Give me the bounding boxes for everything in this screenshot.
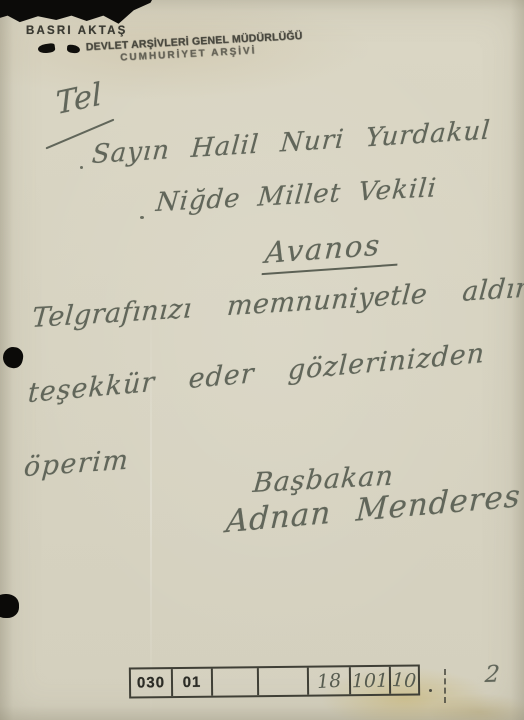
handwritten-body-line1: Telgrafınızı memnuniyetle aldım: [31, 272, 524, 334]
ink-speck: [140, 216, 144, 219]
ref-box-no-value: 18: [316, 669, 342, 692]
page-number: 2: [484, 661, 500, 688]
ref-section-code-value: 01: [183, 674, 202, 691]
paper-crease: [150, 300, 152, 720]
scanned-archive-document: BASRI AKTAŞ DEVLET ARŞİVLERİ GENEL MÜDÜR…: [0, 0, 524, 720]
ink-blot: [37, 43, 55, 54]
ink-blot: [67, 44, 81, 53]
handwritten-salutation: Sayın Halil Nuri Yurdakul: [91, 116, 492, 171]
ref-cell-blank: [213, 668, 259, 695]
ink-speck: [80, 166, 83, 169]
ref-cell-file-no: 101: [351, 667, 391, 694]
handwritten-doc-type: Tel: [55, 76, 103, 122]
punch-hole-mark: [1, 345, 25, 370]
annotator-name-label: BASRI AKTAŞ: [26, 25, 128, 37]
ref-cell-box-no: 18: [309, 667, 351, 694]
ink-speck: [429, 689, 432, 692]
torn-corner-overlay: [0, 0, 152, 27]
ref-cell-fond-code: 030: [131, 669, 173, 696]
punch-hole-mark: [0, 594, 19, 618]
ref-item-no-value: 10: [392, 668, 417, 691]
ref-file-no-value: 101: [352, 669, 388, 691]
ref-fond-code-value: 030: [137, 674, 165, 691]
ref-cell-section-code: 01: [173, 669, 213, 696]
archive-reference-stamp-box: 030 01 18 101 10: [129, 664, 420, 698]
handwritten-body-line2: teşekkür eder gözlerinizden: [27, 338, 486, 409]
ref-cell-blank: [259, 668, 309, 696]
handwritten-recipient-title: Niğde Millet Vekili: [155, 173, 438, 218]
handwritten-body-line3: öperim: [23, 445, 131, 484]
ref-cell-item-no: 10: [391, 666, 418, 693]
handwritten-destination: Avanos: [262, 226, 401, 275]
stamp-box-dashed-edge: [444, 669, 446, 703]
